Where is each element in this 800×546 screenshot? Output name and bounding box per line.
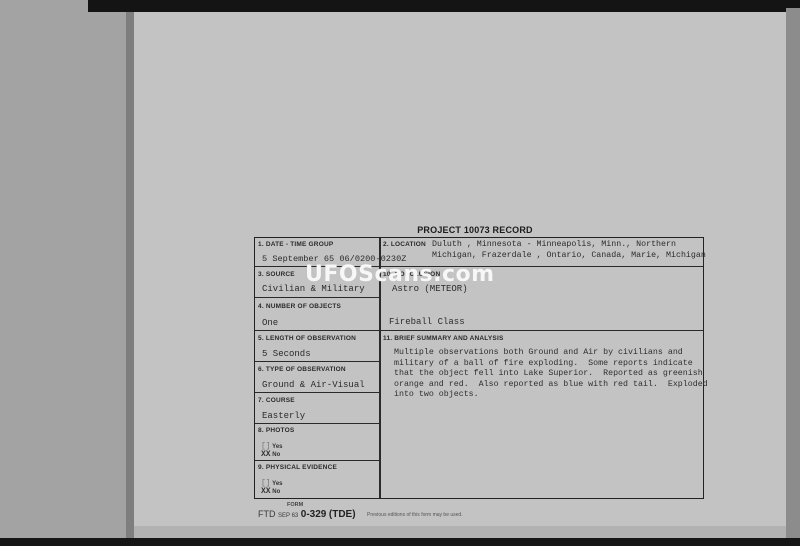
number-of-objects-value: One <box>262 318 278 328</box>
number-of-objects-label: 4. NUMBER OF OBJECTS <box>258 303 341 310</box>
footer-form-id: FTD SEP 63 0-329 (TDE) <box>258 509 356 520</box>
scan-left-background <box>0 0 128 546</box>
field-summary: 11. BRIEF SUMMARY AND ANALYSIS Multiple … <box>380 331 703 498</box>
summary-line: that the object fell into Lake Superior.… <box>394 369 703 378</box>
field-type-of-observation: 6. TYPE OF OBSERVATION Ground & Air-Visu… <box>255 362 379 393</box>
form-id-prefix: FTD <box>258 509 276 519</box>
source-label: 3. SOURCE <box>258 271 295 278</box>
date-time-value: 5 September 65 06/0200-0230Z <box>262 254 406 264</box>
type-of-observation-value: Ground & Air-Visual <box>262 380 365 390</box>
summary-line: Multiple observations both Ground and Ai… <box>394 348 683 357</box>
photos-no-label: No <box>272 452 280 458</box>
photos-option-no: XX No <box>261 450 280 459</box>
scan-bottom-dark-band <box>0 538 800 546</box>
location-value-line1: Duluth , Minnesota - Minneapolis, Minn.,… <box>432 240 676 249</box>
summary-line: military of a ball of fire exploding. So… <box>394 359 693 368</box>
document-title: PROJECT 10073 RECORD <box>240 225 710 235</box>
field-physical-evidence: 9. PHYSICAL EVIDENCE [] Yes XX No <box>255 461 379 498</box>
location-value-line2: Michigan, Frazerdale , Ontario, Canada, … <box>432 251 706 260</box>
field-course: 7. COURSE Easterly <box>255 393 379 424</box>
form-suffix: (TDE) <box>329 509 356 520</box>
summary-line: orange and red. Also reported as blue wi… <box>394 380 708 389</box>
conclusion-note: Fireball Class <box>389 317 465 327</box>
field-number-of-objects: 4. NUMBER OF OBJECTS One <box>255 298 379 331</box>
footer-note: Previous editions of this form may be us… <box>367 512 463 518</box>
length-of-observation-label: 5. LENGTH OF OBSERVATION <box>258 335 356 342</box>
summary-line: into two objects. <box>394 390 479 399</box>
physical-evidence-label: 9. PHYSICAL EVIDENCE <box>258 464 337 471</box>
footer-form-label: FORM <box>287 502 303 508</box>
field-photos: 8. PHOTOS [] Yes XX No <box>255 424 379 461</box>
type-of-observation-label: 6. TYPE OF OBSERVATION <box>258 366 346 373</box>
checkbox-checked-icon: XX <box>261 450 271 459</box>
scan-top-dark-band <box>88 0 800 12</box>
physical-evidence-no-label: No <box>272 489 280 495</box>
summary-label: 11. BRIEF SUMMARY AND ANALYSIS <box>383 335 504 342</box>
date-time-label: 1. DATE - TIME GROUP <box>258 241 333 248</box>
form-number: 0-329 <box>301 509 327 520</box>
scan-right-edge <box>786 8 800 538</box>
length-of-observation-value: 5 Seconds <box>262 349 311 359</box>
physical-evidence-option-no: XX No <box>261 487 280 496</box>
field-length-of-observation: 5. LENGTH OF OBSERVATION 5 Seconds <box>255 331 379 362</box>
course-value: Easterly <box>262 411 305 421</box>
checkbox-checked-icon: XX <box>261 487 271 496</box>
location-label: 2. LOCATION <box>383 241 426 248</box>
photos-label: 8. PHOTOS <box>258 427 294 434</box>
course-label: 7. COURSE <box>258 397 295 404</box>
watermark: UFOScans.com <box>305 262 495 287</box>
scan-edge-shadow <box>126 0 134 546</box>
form-date: SEP 63 <box>278 513 298 519</box>
summary-text: Multiple observations both Ground and Ai… <box>394 348 708 401</box>
